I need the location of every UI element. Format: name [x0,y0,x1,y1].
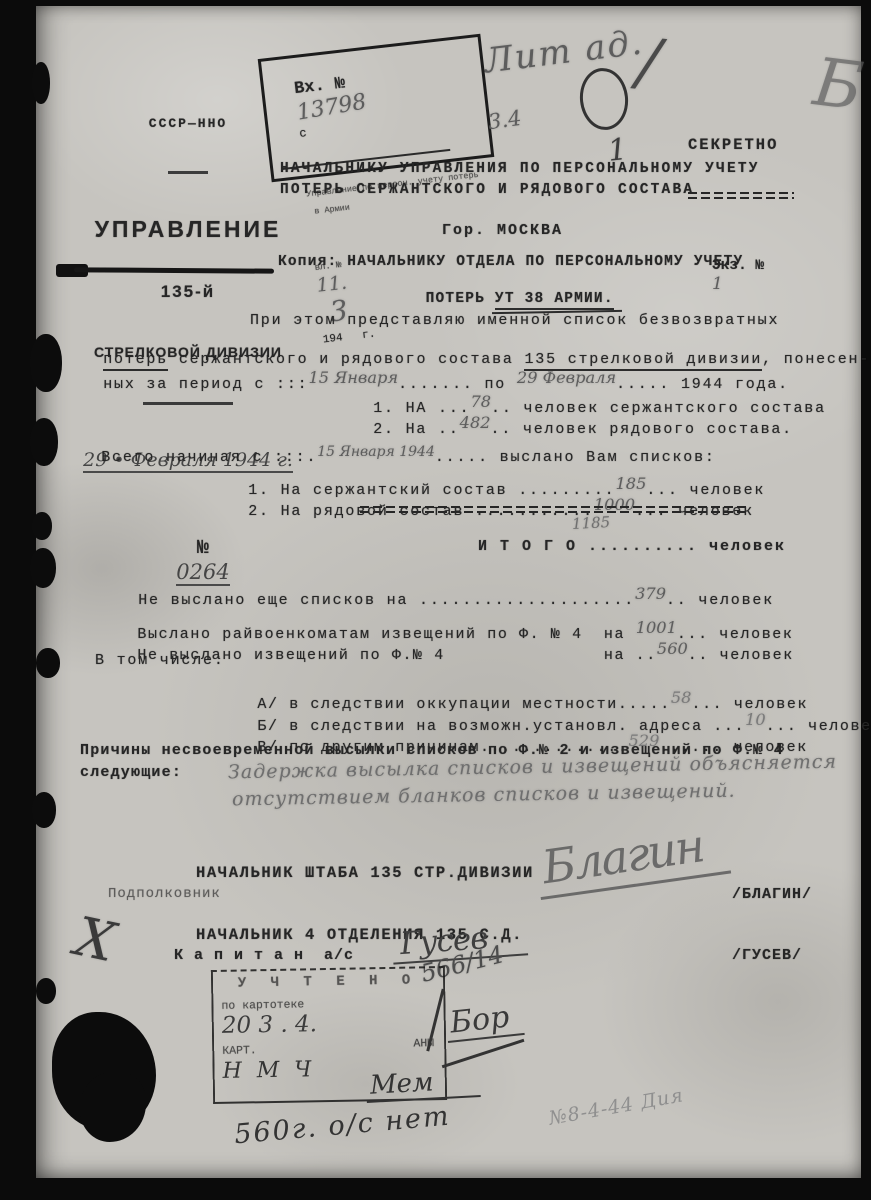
x-mark: Х [70,905,121,975]
nf4-value: 560 [657,639,688,658]
paper-damage [30,418,58,466]
signature-bor: Бор [444,998,525,1043]
incoming-stamp: Вх. № 13798 с Управление по персон. учет… [258,34,495,183]
dashed-divider [360,506,748,514]
bottom-handwritten-note: 560г. о/с нет [233,1101,452,1151]
incoming-number-suffix: с [299,126,308,141]
signature-blagin: Благин [533,815,731,900]
incoming-stamp-line-1: Вх. № 13798 с [267,42,483,163]
surname-gusev: /ГУСЕВ/ [732,947,802,964]
chief-of-staff-rank: Подполковник [108,886,221,902]
addressee-city: Гор. МОСКВА [442,222,563,239]
exemplar-value: 1 [712,274,723,294]
since-date-value: 15 Января 1944 [317,444,435,460]
paper-damage [32,792,56,828]
accounting-stamp-title: У Ч Т Е Н О [213,972,443,992]
paper-damage [32,62,50,104]
accounting-stamp-date: 20 3 . 4. [222,1009,444,1039]
incoming-org-text-2: в Армии [314,203,351,217]
nf4-suffix: .. человек [688,647,794,664]
pencil-scribble: Лит ад. [482,22,646,81]
paper-damage [32,512,52,540]
paper-damage [30,548,56,588]
signature-scribble: Мем [365,1065,480,1103]
document-page: СССР—ННО УПРАВЛЕНИЕ 135-й СТРЕЛКОВОЙ ДИВ… [36,6,861,1178]
paper-damage [36,648,60,678]
including-label: В том числе: [95,652,225,669]
para-line-1: При этом представляю именной список безв… [250,312,779,329]
causes-line-2: следующие: [80,764,182,781]
paper-damage [30,334,62,392]
addressee-line-2: ПОТЕРЬ СЕРЖАНТСКОГО И РЯДОВОГО СОСТАВА [280,182,694,198]
pen-stroke-2 [442,1039,525,1068]
surname-blagin: /БЛАГИН/ [732,886,812,903]
classification-block: СЕКРЕТНО Экз. № 1 [688,100,828,348]
chief-of-staff-title: НАЧАЛЬНИК ШТАБА 135 СТР.ДИВИЗИИ [196,864,534,882]
number-label: № [197,537,209,560]
exemplar-line: Экз. № 1 [688,238,828,312]
bottom-pencil-note: №8-4-44 Дия [547,1084,685,1129]
circled-number: 1 [577,66,631,133]
period-prefix: ных за период с ::: [103,376,308,393]
letterhead-title-2: 135-й [66,282,310,302]
copy-line-1: Копия: НАЧАЛЬНИКУ ОТДЕЛА ПО ПЕРСОНАЛЬНОМ… [278,254,743,270]
scanned-document: СССР—ННО УПРАВЛЕНИЕ 135-й СТРЕЛКОВОЙ ДИВ… [0,0,871,1200]
section-chief-rank: К а п и т а н а/с [174,947,354,964]
paper-damage-large [80,1072,146,1142]
total-handwritten: 1185 [572,513,611,533]
copy-line-2-prefix: ПОТЕРЬ [426,291,495,307]
copy-line-2-army: УТ 38 АРМИИ. [495,291,614,310]
handwritten-note-2: отсутствием бланков списков и извещений. [232,780,736,811]
letterhead-title-1: УПРАВЛЕНИЕ [66,216,310,243]
count-value-private: 482 [460,413,491,432]
pencil-number: 3.4 [486,106,522,134]
not-sent-value: 379 [635,584,666,603]
letterhead-divider [168,171,208,174]
secret-label: СЕКРЕТНО [688,136,828,154]
addressee-line-1: НАЧАЛЬНИКУ УПРАВЛЕНИЯ ПО ПЕРСОНАЛЬНОМУ У… [280,161,760,177]
accounting-card-label: КАРТ. [222,1044,257,1058]
paper-damage [36,978,56,1004]
itogo-line: И Т О Г О .......... человек [478,538,786,555]
secret-underline [688,192,794,200]
